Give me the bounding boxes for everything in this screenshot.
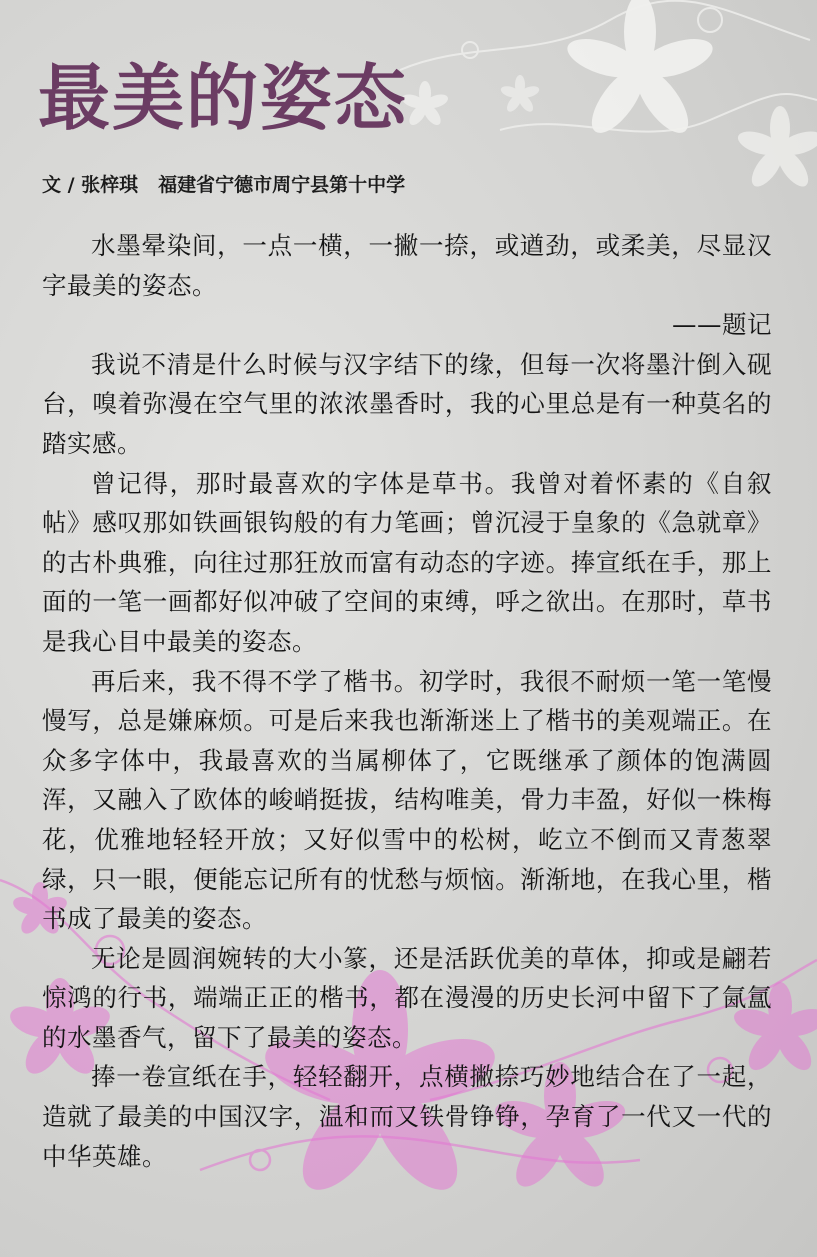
article-body: 水墨晕染间，一点一横，一撇一捺，或遒劲，或柔美，尽显汉字最美的姿态。 ——题记 …	[42, 226, 772, 1176]
school: 福建省宁德市周宁县第十中学	[158, 174, 405, 196]
article-title: 最美的姿态	[38, 62, 408, 134]
epigraph: 水墨晕染间，一点一横，一撇一捺，或遒劲，或柔美，尽显汉字最美的姿态。	[42, 226, 772, 305]
paragraph: 曾记得，那时最喜欢的字体是草书。我曾对着怀素的《自叙帖》感叹那如铁画银钩般的有力…	[42, 464, 772, 662]
paragraph: 我说不清是什么时候与汉字结下的缘，但每一次将墨汁倒入砚台，嗅着弥漫在空气里的浓浓…	[42, 345, 772, 464]
white-flower-decoration	[380, 0, 817, 230]
byline: 文 / 张梓琪福建省宁德市周宁县第十中学	[42, 170, 405, 197]
paragraph: 再后来，我不得不学了楷书。初学时，我很不耐烦一笔一笔慢慢写，总是嫌麻烦。可是后来…	[42, 662, 772, 939]
paragraph: 捧一卷宣纸在手，轻轻翻开，点横撇捺巧妙地结合在了一起，造就了最美的中国汉字，温和…	[42, 1057, 772, 1176]
paragraph: 无论是圆润婉转的大小篆，还是活跃优美的草体，抑或是翩若惊鸿的行书，端端正正的楷书…	[42, 939, 772, 1058]
author: 文 / 张梓琪	[42, 174, 138, 196]
epigraph-attribution: ——题记	[42, 305, 772, 345]
